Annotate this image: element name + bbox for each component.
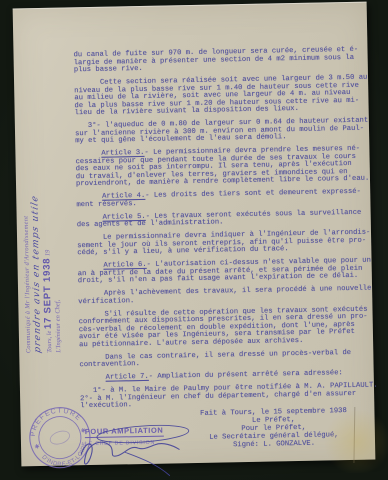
paragraph-text: Dans le cas contraire, il sera dressé un… <box>79 349 351 370</box>
paragraph: Article 7.- Ampliation du présent arrêté… <box>80 369 382 382</box>
paragraph: Cette section sera réalisée soit avec un… <box>74 74 377 117</box>
margin-communication-stamp: Communiqué à Mr l'Ingénieur d'Arrondisse… <box>21 139 62 354</box>
document-paper: du canal de fuite sur 970 m. de longueur… <box>13 2 376 467</box>
paragraph: Article 6.- L'autorisation ci-dessus n'e… <box>78 257 380 285</box>
paragraph: Article 5.- Les travaux seront exécutés … <box>77 209 379 230</box>
paragraph: Article 3.- Le permissionnaire devra pre… <box>75 145 378 188</box>
date-stamp: 17 SEPT 1938 <box>41 258 53 330</box>
paragraph-indent <box>80 374 106 382</box>
paragraph-text: du canal de fuite sur 970 m. de longueur… <box>73 46 358 74</box>
paragraph: 3°- l'aqueduc de 0 m.80 de largeur sur 0… <box>75 117 377 145</box>
age-stain <box>320 410 388 473</box>
paragraph: Dans le cas contraire, il sera dressé un… <box>79 349 381 370</box>
paragraph: Après l'achèvement des travaux, il sera … <box>78 285 380 306</box>
paragraph: S'il résulte de cette opération que les … <box>78 306 381 349</box>
paragraph-text: 3°- l'aqueduc de 0 m.80 de largeur sur 0… <box>75 117 368 146</box>
paragraph: du canal de fuite sur 970 m. de longueur… <box>73 46 375 74</box>
paragraph-text: 1°- à M. le Maire de Paulmy pour être no… <box>80 382 378 411</box>
paragraph: Article 4.- Les droits des tiers sont et… <box>76 188 378 209</box>
year-suffix: 19 <box>44 250 51 258</box>
paragraph-text: - Ampliation du présent arrêté sera adre… <box>149 369 343 381</box>
date-prefix: Tours, le <box>46 329 53 353</box>
paragraph-text: Le permissionnaire devra indiquer à l'In… <box>77 229 370 258</box>
paragraph: Le permissionnaire devra indiquer à l'In… <box>77 229 379 257</box>
scan-background: du canal de fuite sur 970 m. de longueur… <box>0 0 388 480</box>
article-label: Article 7. <box>106 373 149 382</box>
signature-scribble-icon <box>73 424 214 479</box>
document-body: du canal de fuite sur 970 m. de longueur… <box>73 46 382 416</box>
paragraph-text: Après l'achèvement des travaux, il sera … <box>78 285 371 306</box>
paragraph-text: Cette section sera réalisée soit avec un… <box>74 74 367 118</box>
paragraph-text: S'il résulte de cette opération que les … <box>79 305 368 349</box>
